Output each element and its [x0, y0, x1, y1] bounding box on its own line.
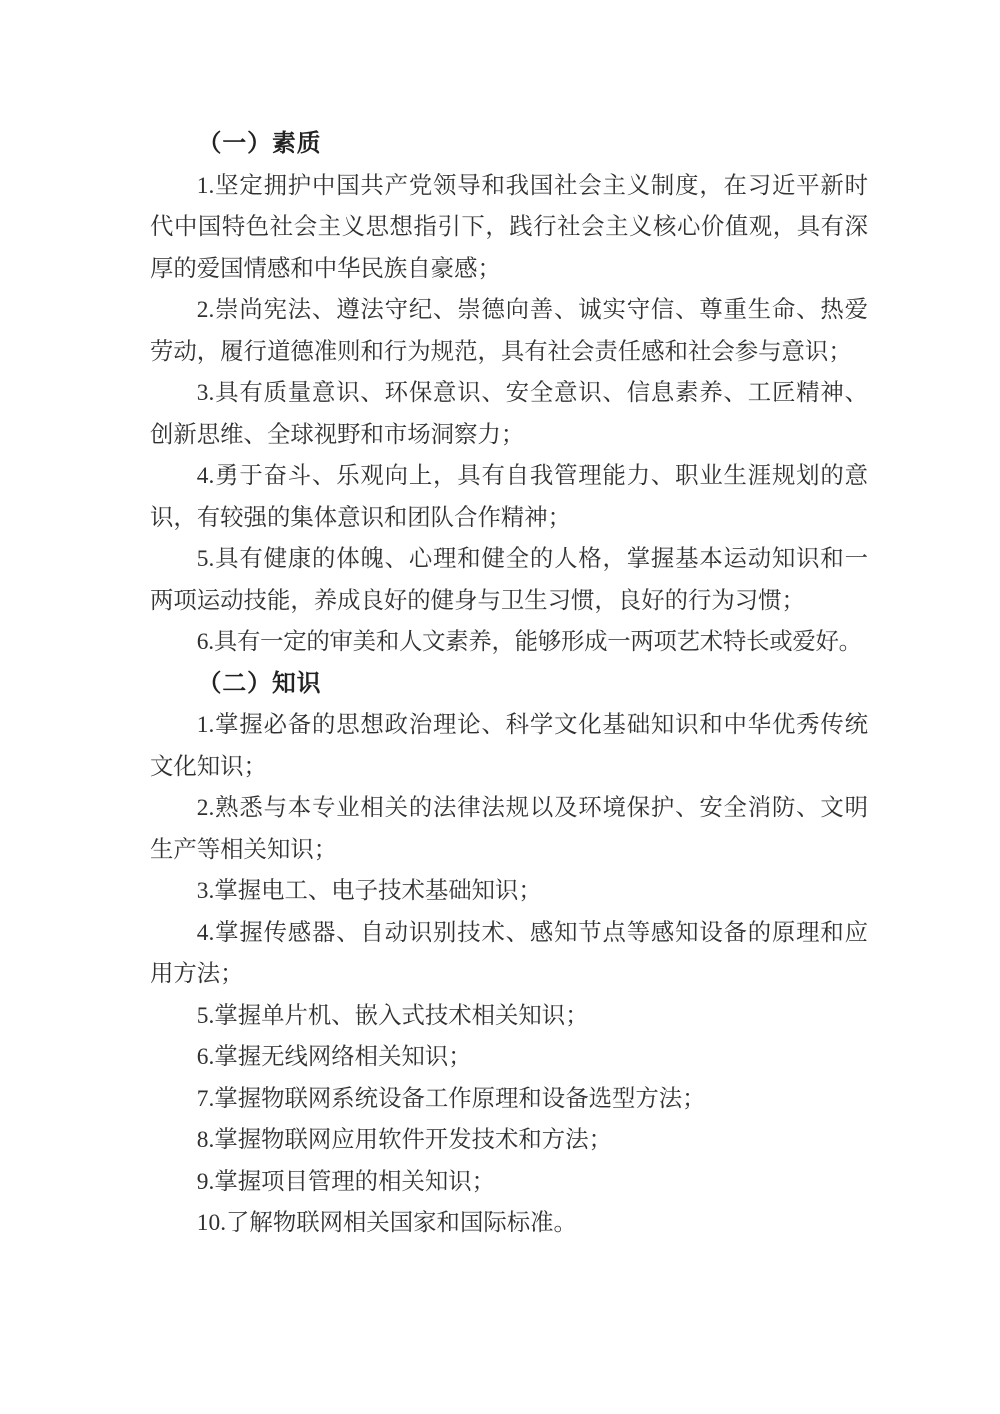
- document-page: （一）素质 1.坚定拥护中国共产党领导和我国社会主义制度，在习近平新时代中国特色…: [0, 0, 1000, 1414]
- suzhi-item-6: 6.具有一定的审美和人文素养，能够形成一两项艺术特长或爱好。: [150, 622, 868, 664]
- zhishi-item-7: 7.掌握物联网系统设备工作原理和设备选型方法；: [150, 1079, 868, 1121]
- zhishi-item-9: 9.掌握项目管理的相关知识；: [150, 1162, 868, 1204]
- zhishi-item-3: 3.掌握电工、电子技术基础知识；: [150, 871, 868, 913]
- suzhi-item-3: 3.具有质量意识、环保意识、安全意识、信息素养、工匠精神、创新思维、全球视野和市…: [150, 373, 868, 456]
- zhishi-item-5: 5.掌握单片机、嵌入式技术相关知识；: [150, 996, 868, 1038]
- zhishi-item-6: 6.掌握无线网络相关知识；: [150, 1037, 868, 1079]
- zhishi-item-4: 4.掌握传感器、自动识别技术、感知节点等感知设备的原理和应用方法；: [150, 913, 868, 996]
- suzhi-item-1: 1.坚定拥护中国共产党领导和我国社会主义制度，在习近平新时代中国特色社会主义思想…: [150, 166, 868, 291]
- zhishi-item-1: 1.掌握必备的思想政治理论、科学文化基础知识和中华优秀传统文化知识；: [150, 705, 868, 788]
- suzhi-item-2: 2.崇尚宪法、遵法守纪、崇德向善、诚实守信、尊重生命、热爱劳动，履行道德准则和行…: [150, 290, 868, 373]
- suzhi-item-5: 5.具有健康的体魄、心理和健全的人格，掌握基本运动知识和一两项运动技能，养成良好…: [150, 539, 868, 622]
- section-heading-zhishi: （二）知识: [150, 664, 868, 706]
- section-suzhi: （一）素质 1.坚定拥护中国共产党领导和我国社会主义制度，在习近平新时代中国特色…: [150, 124, 868, 664]
- zhishi-item-8: 8.掌握物联网应用软件开发技术和方法；: [150, 1120, 868, 1162]
- section-heading-suzhi: （一）素质: [150, 124, 868, 166]
- suzhi-item-4: 4.勇于奋斗、乐观向上，具有自我管理能力、职业生涯规划的意识，有较强的集体意识和…: [150, 456, 868, 539]
- document-content: （一）素质 1.坚定拥护中国共产党领导和我国社会主义制度，在习近平新时代中国特色…: [150, 124, 868, 1245]
- section-zhishi: （二）知识 1.掌握必备的思想政治理论、科学文化基础知识和中华优秀传统文化知识；…: [150, 664, 868, 1245]
- zhishi-item-2: 2.熟悉与本专业相关的法律法规以及环境保护、安全消防、文明生产等相关知识；: [150, 788, 868, 871]
- zhishi-item-10: 10.了解物联网相关国家和国际标准。: [150, 1203, 868, 1245]
